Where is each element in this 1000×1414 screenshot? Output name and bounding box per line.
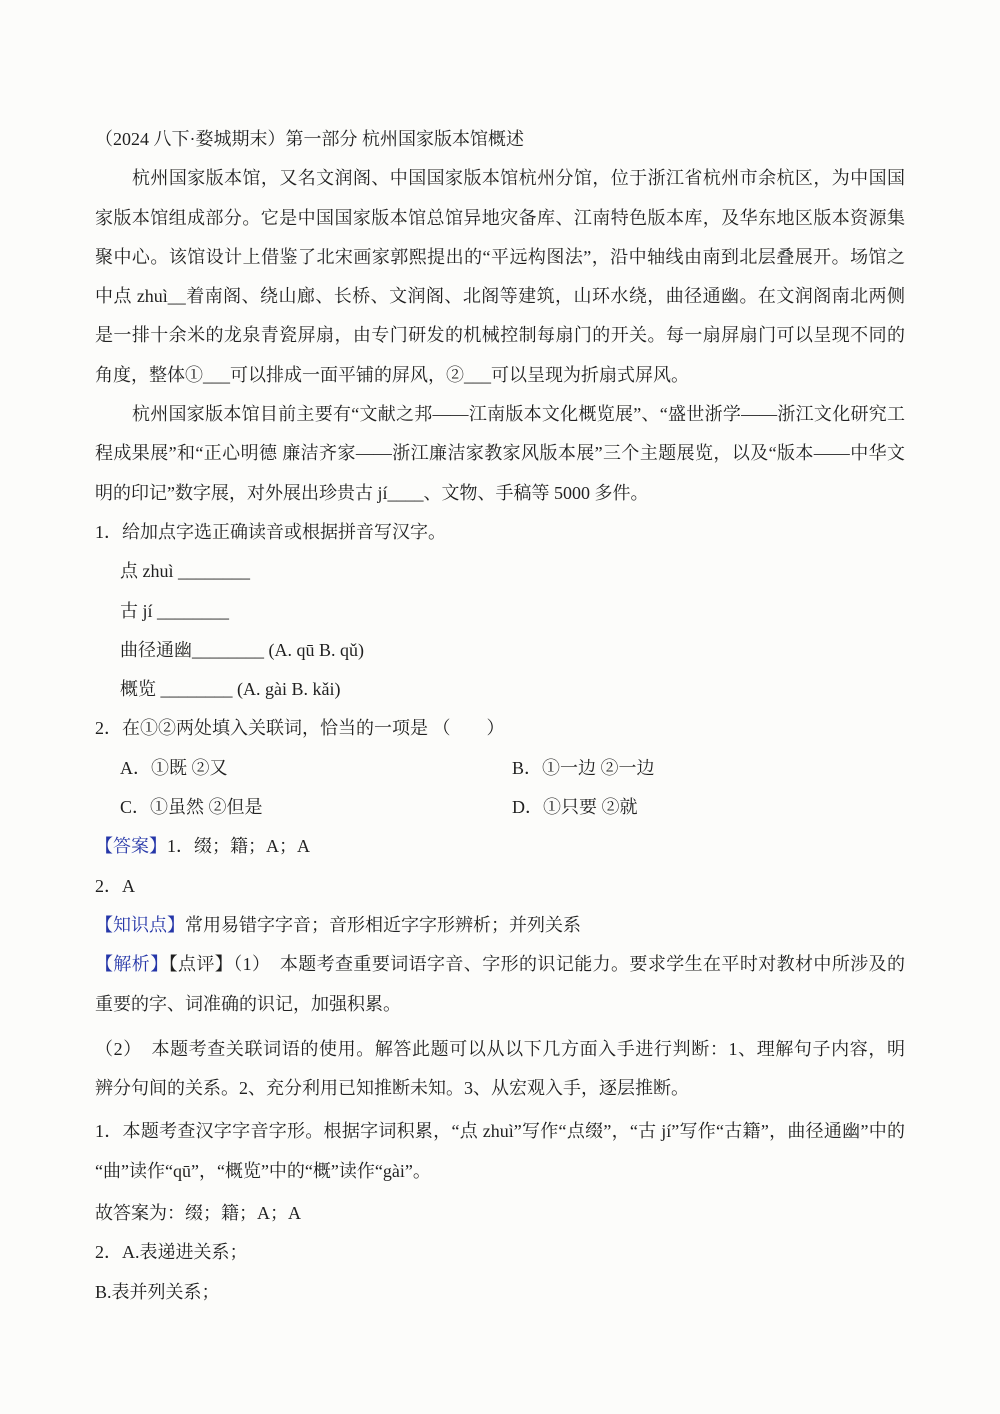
question-1-blank-ji: 古 jí ________ (95, 592, 905, 631)
analysis-label: 【解析】 (95, 954, 169, 974)
question-1-blank-qu: 曲径通幽________ (A. qū B. qǔ) (95, 631, 905, 670)
question-1-stem: 1．给加点字选正确读音或根据拼音写汉字。 (95, 513, 905, 552)
exhibit-paragraph-line: 杭州国家版本馆目前主要有“文献之邦——江南版本文化概览展”、“盛世浙学——浙江文… (95, 395, 905, 434)
question-2-option-row: A．①既 ②又 B．①一边 ②一边 (95, 749, 905, 788)
option-a: A．①既 ②又 (120, 749, 512, 788)
analysis-option-a-note: 2．A.表递进关系； (95, 1233, 905, 1272)
analysis-option-b-note: B.表并列关系； (95, 1273, 905, 1312)
answer-label: 【答案】 (95, 836, 167, 856)
answer-line-1: 【答案】1．缀；籍；A；A (95, 827, 905, 866)
analysis-conclusion: 故答案为：缀；籍；A；A (95, 1194, 905, 1233)
analysis-text-5: 1．本题考查汉字字音字形。根据字词积累，“点 zhuì”写作“点缀”，“古 jí… (95, 1112, 905, 1151)
knowledge-point-label: 【知识点】 (95, 915, 185, 935)
question-2-stem: 2．在①②两处填入关联词，恰当的一项是 （ ） (95, 709, 905, 748)
option-c: C．①虽然 ②但是 (120, 788, 512, 827)
answer-text-2: 2．A (95, 867, 905, 906)
intro-paragraph-line: 杭州国家版本馆，又名文润阁、中国国家版本馆杭州分馆，位于浙江省杭州市余杭区，为中… (95, 159, 905, 198)
intro-paragraph-line: 聚中心。该馆设计上借鉴了北宋画家郭熙提出的“平远构图法”，沿中轴线由南到北层叠展… (95, 238, 905, 277)
question-2-option-row: C．①虽然 ②但是 D．①只要 ②就 (95, 788, 905, 827)
intro-paragraph-line: 是一排十余米的龙泉青瓷屏扇，由专门研发的机械控制每扇门的开关。每一扇屏扇门可以呈… (95, 316, 905, 355)
knowledge-point-text: 常用易错字字音；音形相近字字形辨析；并列关系 (185, 915, 581, 935)
question-1-blank-zhui: 点 zhuì ________ (95, 552, 905, 591)
exhibit-paragraph-line: 程成果展”和“正心明德 廉洁齐家——浙江廉洁家教家风版本展”三个主题展览，以及“… (95, 434, 905, 473)
analysis-line-1: 【解析】【点评】（1） 本题考查重要词语字音、字形的识记能力。要求学生在平时对教… (95, 945, 905, 984)
section-heading: （2024 八下·婺城期末）第一部分 杭州国家版本馆概述 (95, 120, 905, 159)
comment-label: 【点评】 (169, 954, 234, 974)
analysis-text-3: （2） 本题考查关联词语的使用。解答此题可以从以下几方面入手进行判断：1、理解句… (95, 1030, 905, 1069)
answer-text-1: 1．缀；籍；A；A (167, 836, 310, 856)
analysis-text-6: “曲”读作“qū”，“概览”中的“概”读作“gài”。 (95, 1152, 905, 1191)
question-1-blank-gai: 概览 ________ (A. gài B. kǎi) (95, 670, 905, 709)
analysis-text-1: （1） 本题考查重要词语字音、字形的识记能力。要求学生在平时对教材中所涉及的 (233, 954, 905, 974)
analysis-text-4: 辨分句间的关系。2、充分利用已知推断未知。3、从宏观入手，逐层推断。 (95, 1069, 905, 1108)
intro-paragraph-line: 中点 zhuì__着南阁、绕山廊、长桥、文润阁、北阁等建筑，山环水绕，曲径通幽。… (95, 277, 905, 316)
analysis-text-2: 重要的字、词准确的识记，加强积累。 (95, 985, 905, 1024)
intro-paragraph-line: 角度，整体①___可以排成一面平铺的屏风，②___可以呈现为折扇式屏风。 (95, 356, 905, 395)
exhibit-paragraph-line: 明的印记”数字展，对外展出珍贵古 jí____、文物、手稿等 5000 多件。 (95, 474, 905, 513)
intro-paragraph-line: 家版本馆组成部分。它是中国国家版本馆总馆异地灾备库、江南特色版本库，及华东地区版… (95, 199, 905, 238)
option-d: D．①只要 ②就 (512, 788, 638, 827)
option-b: B．①一边 ②一边 (512, 749, 655, 788)
knowledge-point-line: 【知识点】常用易错字字音；音形相近字字形辨析；并列关系 (95, 906, 905, 945)
exam-document-page: （2024 八下·婺城期末）第一部分 杭州国家版本馆概述 杭州国家版本馆，又名文… (95, 120, 905, 1312)
